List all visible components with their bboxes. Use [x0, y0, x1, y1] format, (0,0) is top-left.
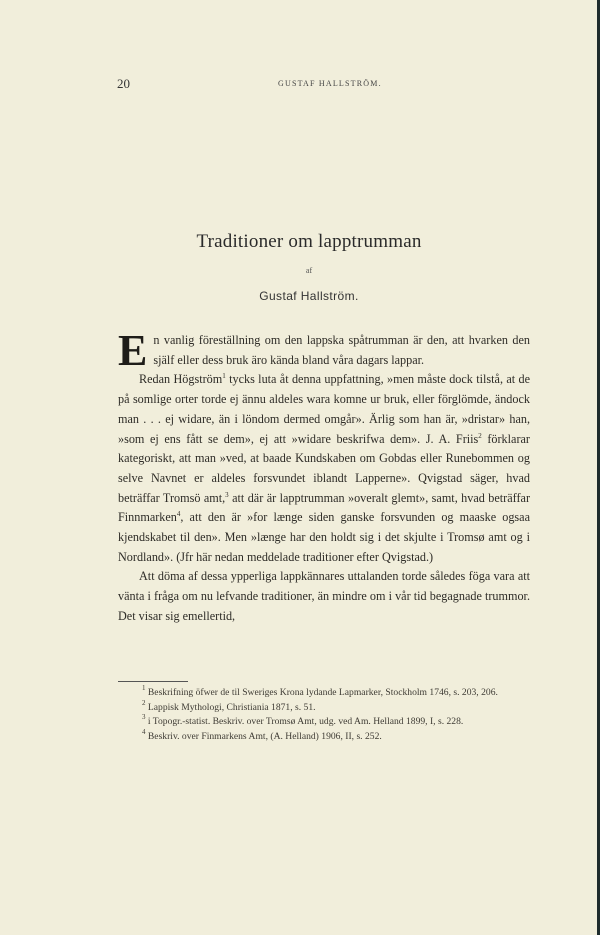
paragraph-2-text-e: , att den är »for længe siden ganske for… [118, 510, 530, 563]
footnote-divider [118, 681, 188, 682]
footnote-text: Lappisk Mythologi, Christiania 1871, s. … [148, 702, 316, 713]
footnote-4: 4 Beskriv. over Finmarkens Amt, (A. Hell… [118, 730, 530, 745]
paragraph-1: En vanlig föreställning om den lappska s… [118, 331, 530, 370]
footnote-mark: 2 [142, 699, 146, 707]
footnote-mark: 4 [142, 728, 146, 736]
article-author: Gustaf Hallström. [0, 289, 600, 303]
drop-cap: E [118, 333, 147, 369]
paragraph-1-text: n vanlig föreställning om den lappska sp… [153, 333, 530, 367]
footnote-2: 2 Lappisk Mythologi, Christiania 1871, s… [118, 701, 530, 716]
footnote-mark: 1 [142, 684, 146, 692]
footnote-text: Beskrifning öfwer de til Sweriges Krona … [148, 687, 498, 698]
footnotes: 1 Beskrifning öfwer de til Sweriges Kron… [118, 686, 530, 744]
footnote-text: i Topogr.-statist. Beskriv. over Tromsø … [148, 716, 463, 727]
paragraph-3: Att döma af dessa ypperliga lappkännares… [118, 567, 530, 626]
paragraph-2-text-a: Redan Högström [139, 372, 222, 386]
body-text: En vanlig föreställning om den lappska s… [118, 331, 530, 627]
running-head: 20 Gustaf Hallström. [117, 76, 497, 92]
footnote-3: 3 i Topogr.-statist. Beskriv. over Troms… [118, 715, 530, 730]
book-page: 20 Gustaf Hallström. Traditioner om lapp… [0, 0, 600, 935]
footnote-mark: 3 [142, 713, 146, 721]
paragraph-2: Redan Högström1 tycks luta åt denna uppf… [118, 370, 530, 567]
paragraph-3-text: Att döma af dessa ypperliga lappkännares… [118, 569, 530, 622]
footnote-1: 1 Beskrifning öfwer de til Sweriges Kron… [118, 686, 530, 701]
running-title: Gustaf Hallström. [278, 79, 382, 88]
page-number: 20 [117, 76, 130, 92]
byline-prefix: af [0, 266, 600, 275]
article-title: Traditioner om lapptrumman [0, 231, 600, 253]
footnote-text: Beskriv. over Finmarkens Amt, (A. Hellan… [148, 731, 382, 742]
